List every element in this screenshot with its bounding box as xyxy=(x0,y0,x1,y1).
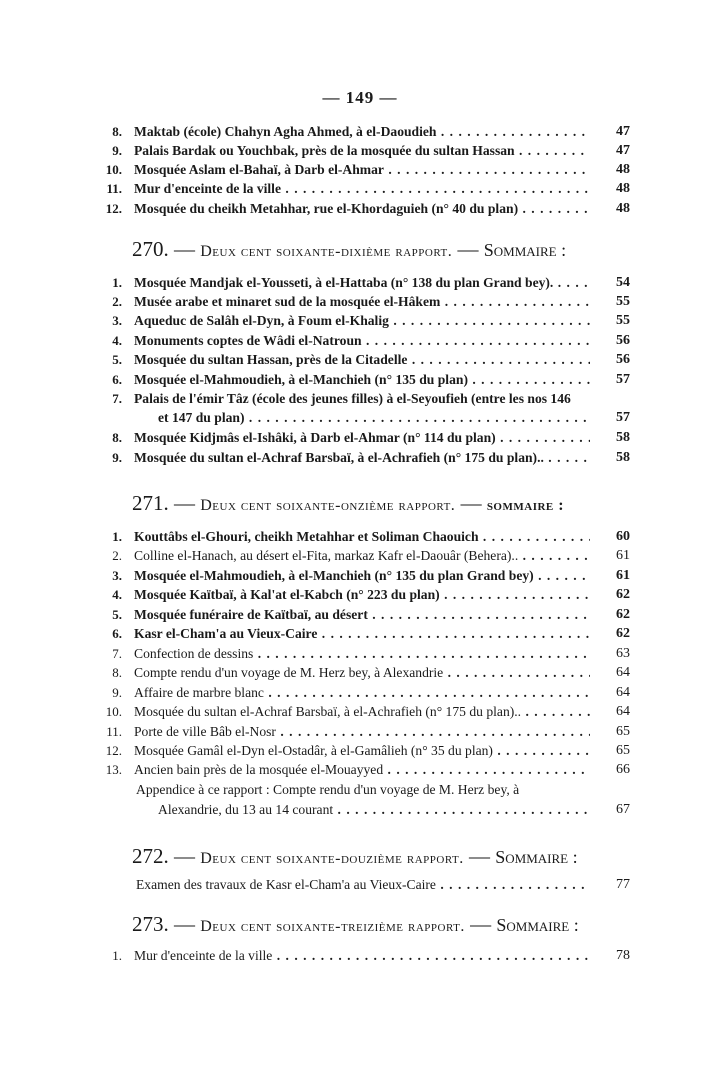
toc-entry: 5.Mosquée du sultan Hassan, près de la C… xyxy=(100,350,630,369)
entry-title: Mosquée du cheikh Metahhar, rue el-Khord… xyxy=(134,199,590,218)
entry-number: 5. xyxy=(100,350,122,369)
section-number: 270. xyxy=(132,237,169,261)
appendix-title: Appendice à ce rapport : Compte rendu d'… xyxy=(136,780,590,799)
entry-page: 47 xyxy=(600,141,630,160)
toc-entry: 3.Mosquée el-Mahmoudieh, à el-Manchieh (… xyxy=(100,566,630,585)
entry-page: 67 xyxy=(600,800,630,819)
entry-title: Examen des travaux de Kasr el-Cham'a au … xyxy=(136,875,590,894)
entry-number: 3. xyxy=(100,311,122,330)
toc-entry: 12.Mosquée Gamâl el-Dyn el-Ostadâr, à el… xyxy=(100,741,630,760)
entry-title: Mosquée el-Mahmoudieh, à el-Manchieh (n°… xyxy=(134,566,590,585)
entry-page: 64 xyxy=(600,683,630,702)
entry-title: Palais de l'émir Tâz (école des jeunes f… xyxy=(134,389,590,408)
entry-number: 8. xyxy=(100,122,122,141)
entry-page: 56 xyxy=(600,350,630,369)
em-dash: — xyxy=(174,912,195,936)
entry-page: 62 xyxy=(600,585,630,604)
toc-entry: 4.Mosquée Kaïtbaï, à Kal'at el-Kabch (n°… xyxy=(100,585,630,604)
entry-title: Mosquée Kaïtbaï, à Kal'at el-Kabch (n° 2… xyxy=(134,585,590,604)
em-dash: — xyxy=(470,912,491,936)
entry-page: 48 xyxy=(600,199,630,218)
entry-title-continuation: et 147 du plan) xyxy=(158,408,590,427)
entry-title: Mosquée Aslam el-Bahaï, à Darb el-Ahmar xyxy=(134,160,590,179)
entry-number: 1. xyxy=(100,527,122,546)
entry-title: Aqueduc de Salâh el-Dyn, à Foum el-Khali… xyxy=(134,311,590,330)
toc-entry: 8.Maktab (école) Chahyn Agha Ahmed, à el… xyxy=(100,122,630,141)
entry-number: 13. xyxy=(100,760,122,779)
toc-entry: 7.Palais de l'émir Tâz (école des jeunes… xyxy=(100,389,630,408)
section-summary-label: Sommaire : xyxy=(496,915,578,935)
entry-number: 7. xyxy=(100,644,122,663)
entry-page: 62 xyxy=(600,624,630,643)
toc-entry: 3.Aqueduc de Salâh el-Dyn, à Foum el-Kha… xyxy=(100,311,630,330)
section-number: 271. xyxy=(132,491,169,515)
toc-appendix: Appendice à ce rapport : Compte rendu d'… xyxy=(100,780,630,799)
page-number: — 149 — xyxy=(0,88,720,108)
entry-page: 56 xyxy=(600,331,630,350)
entry-number: 5. xyxy=(100,605,122,624)
entry-title: Mosquée Gamâl el-Dyn el-Ostadâr, à el-Ga… xyxy=(134,741,590,760)
toc-entry: 7.Confection de dessins63 xyxy=(100,644,630,663)
toc-entry: Examen des travaux de Kasr el-Cham'a au … xyxy=(100,875,630,894)
entry-page: 61 xyxy=(600,546,630,565)
em-dash: — xyxy=(174,237,195,261)
toc-entry: 6.Mosquée el-Mahmoudieh, à el-Manchieh (… xyxy=(100,370,630,389)
em-dash: — xyxy=(461,491,482,515)
toc-entry: 9.Affaire de marbre blanc64 xyxy=(100,683,630,702)
toc-entry: 2.Colline el-Hanach, au désert el-Fita, … xyxy=(100,546,630,565)
entry-page: 65 xyxy=(600,741,630,760)
entry-number: 10. xyxy=(100,702,122,721)
entry-title: Maktab (école) Chahyn Agha Ahmed, à el-D… xyxy=(134,122,590,141)
entry-number: 1. xyxy=(100,946,122,965)
entry-page: 64 xyxy=(600,702,630,721)
section-heading-273: 273. — Deux cent soixante-treizième rapp… xyxy=(132,911,632,940)
entry-title: Kouttâbs el-Ghouri, cheikh Metahhar et S… xyxy=(134,527,590,546)
entry-page: 78 xyxy=(600,946,630,965)
entry-page: 57 xyxy=(600,370,630,389)
toc-entry: 8.Mosquée Kidjmâs el-Ishâki, à Darb el-A… xyxy=(100,428,630,447)
entry-title: Ancien bain près de la mosquée el-Mouayy… xyxy=(134,760,590,779)
entry-page: 64 xyxy=(600,663,630,682)
entry-title: Monuments coptes de Wâdi el-Natroun xyxy=(134,331,590,350)
entry-number: 9. xyxy=(100,448,122,467)
section-number: 272. xyxy=(132,844,169,868)
entry-number: 3. xyxy=(100,566,122,585)
toc-entry: 12.Mosquée du cheikh Metahhar, rue el-Kh… xyxy=(100,199,630,218)
toc-entry: 8.Compte rendu d'un voyage de M. Herz be… xyxy=(100,663,630,682)
entry-number: 12. xyxy=(100,199,122,218)
appendix-title-continuation: Alexandrie, du 13 au 14 courant xyxy=(158,800,590,819)
entry-page: 47 xyxy=(600,122,630,141)
entry-number: 10. xyxy=(100,160,122,179)
entry-title: Musée arabe et minaret sud de la mosquée… xyxy=(134,292,590,311)
entry-page: 58 xyxy=(600,448,630,467)
toc-entry: 6.Kasr el-Cham'a au Vieux-Caire62 xyxy=(100,624,630,643)
entry-number: 9. xyxy=(100,141,122,160)
em-dash: — xyxy=(174,491,195,515)
entry-title: Porte de ville Bâb el-Nosr xyxy=(134,722,590,741)
section-title: Deux cent soixante-onzième rapport. xyxy=(200,497,455,514)
entry-number: 6. xyxy=(100,370,122,389)
entry-number: 11. xyxy=(100,179,122,198)
section-heading-270: 270. — Deux cent soixante-dixième rappor… xyxy=(132,236,632,265)
entry-page: 55 xyxy=(600,311,630,330)
section-summary-label: Sommaire : xyxy=(495,847,577,867)
entry-number: 9. xyxy=(100,683,122,702)
entry-title: Mur d'enceinte de la ville xyxy=(134,946,590,965)
entry-page: 66 xyxy=(600,760,630,779)
section-title: Deux cent soixante-douzième rapport. xyxy=(200,850,464,867)
em-dash: — xyxy=(469,844,490,868)
entry-title: Mosquée du sultan Hassan, près de la Cit… xyxy=(134,350,590,369)
entry-number: 1. xyxy=(100,273,122,292)
entry-page: 48 xyxy=(600,160,630,179)
entry-page: 61 xyxy=(600,566,630,585)
entry-title: Compte rendu d'un voyage de M. Herz bey,… xyxy=(134,663,590,682)
entry-title: Kasr el-Cham'a au Vieux-Caire xyxy=(134,624,590,643)
entry-page: 65 xyxy=(600,722,630,741)
entry-page: 48 xyxy=(600,179,630,198)
entry-title: Mur d'enceinte de la ville xyxy=(134,179,590,198)
entry-page: 57 xyxy=(600,408,630,427)
entry-page: 63 xyxy=(600,644,630,663)
entry-title: Mosquée du sultan el-Achraf Barsbaï, à e… xyxy=(134,702,590,721)
entry-page: 58 xyxy=(600,428,630,447)
entry-page: 54 xyxy=(600,273,630,292)
entry-title: Mosquée Kidjmâs el-Ishâki, à Darb el-Ahm… xyxy=(134,428,590,447)
entry-title: Colline el-Hanach, au désert el-Fita, ma… xyxy=(134,546,590,565)
section-summary-label: Sommaire : xyxy=(484,240,566,260)
entry-number: 4. xyxy=(100,331,122,350)
toc-entry: 9.Mosquée du sultan el-Achraf Barsbaï, à… xyxy=(100,448,630,467)
entry-number: 8. xyxy=(100,428,122,447)
entry-number: 4. xyxy=(100,585,122,604)
entry-number: 2. xyxy=(100,292,122,311)
entry-number: 11. xyxy=(100,722,122,741)
section-heading-272: 272. — Deux cent soixante-douzième rappo… xyxy=(132,843,632,872)
entry-title: Mosquée funéraire de Kaïtbaï, au désert xyxy=(134,605,590,624)
toc-entry: 11.Mur d'enceinte de la ville48 xyxy=(100,179,630,198)
entry-title: Mosquée Mandjak el-Yousseti, à el-Hattab… xyxy=(134,273,590,292)
toc-entry: 10.Mosquée du sultan el-Achraf Barsbaï, … xyxy=(100,702,630,721)
entry-number: 12. xyxy=(100,741,122,760)
entry-title: Confection de dessins xyxy=(134,644,590,663)
toc-entry: 13.Ancien bain près de la mosquée el-Mou… xyxy=(100,760,630,779)
entry-number: 6. xyxy=(100,624,122,643)
toc-entry: 9.Palais Bardak ou Youchbak, près de la … xyxy=(100,141,630,160)
entry-title: Mosquée el-Mahmoudieh, à el-Manchieh (n°… xyxy=(134,370,590,389)
toc-appendix-continuation: Alexandrie, du 13 au 14 courant67 xyxy=(100,800,630,819)
section-title: Deux cent soixante-dixième rapport. xyxy=(200,243,452,260)
entry-title: Palais Bardak ou Youchbak, près de la mo… xyxy=(134,141,590,160)
section-title: Deux cent soixante-treizième rapport. xyxy=(200,918,465,935)
section-number: 273. xyxy=(132,912,169,936)
toc-entry: 2.Musée arabe et minaret sud de la mosqu… xyxy=(100,292,630,311)
toc-entry-continuation: et 147 du plan)57 xyxy=(100,408,630,427)
toc-entry: 5.Mosquée funéraire de Kaïtbaï, au déser… xyxy=(100,605,630,624)
toc-entry: 10.Mosquée Aslam el-Bahaï, à Darb el-Ahm… xyxy=(100,160,630,179)
toc-entry: 1.Kouttâbs el-Ghouri, cheikh Metahhar et… xyxy=(100,527,630,546)
entry-page: 60 xyxy=(600,527,630,546)
entry-page: 62 xyxy=(600,605,630,624)
entry-number: 8. xyxy=(100,663,122,682)
entry-title: Affaire de marbre blanc xyxy=(134,683,590,702)
entry-page: 77 xyxy=(600,875,630,894)
entry-page: 55 xyxy=(600,292,630,311)
toc-entry: 11.Porte de ville Bâb el-Nosr65 xyxy=(100,722,630,741)
toc-entry: 1.Mosquée Mandjak el-Yousseti, à el-Hatt… xyxy=(100,273,630,292)
entry-number: 7. xyxy=(100,389,122,408)
em-dash: — xyxy=(174,844,195,868)
section-summary-label: sommaire : xyxy=(487,497,564,514)
entry-number: 2. xyxy=(100,546,122,565)
entry-title: Mosquée du sultan el-Achraf Barsbaï, à e… xyxy=(134,448,590,467)
em-dash: — xyxy=(458,237,479,261)
section-heading-271: 271. — Deux cent soixante-onzième rappor… xyxy=(132,490,632,519)
toc-entry: 1.Mur d'enceinte de la ville78 xyxy=(100,946,630,965)
toc-entry: 4.Monuments coptes de Wâdi el-Natroun56 xyxy=(100,331,630,350)
